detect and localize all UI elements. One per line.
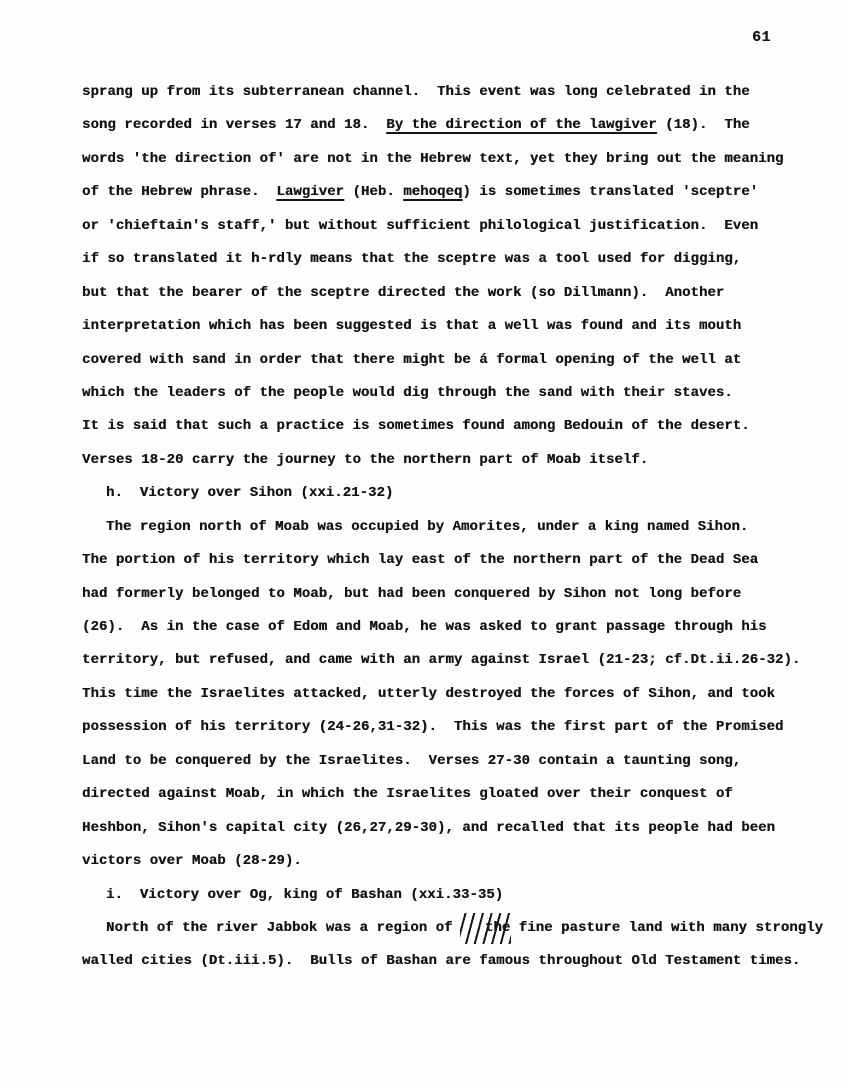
page-number: 61 (752, 29, 771, 46)
text-segment: The region north of Moab was occupied by… (106, 519, 748, 535)
text-segment: fine pasture land with many strongly (510, 920, 823, 936)
text-segment: North of the river Jabbok was a region o… (106, 920, 461, 936)
text-segment: interpretation which has been suggested … (82, 318, 741, 334)
text-line: sprang up from its subterranean channel.… (82, 76, 838, 109)
text-line: i. Victory over Og, king of Bashan (xxi.… (82, 879, 838, 912)
text-segment: of the Hebrew phrase. (82, 184, 276, 200)
text-segment: (26). As in the case of Edom and Moab, h… (82, 619, 767, 635)
document-text: sprang up from its subterranean channel.… (82, 76, 838, 979)
text-segment: but that the bearer of the sceptre direc… (82, 285, 724, 301)
text-line: possession of his territory (24-26,31-32… (82, 711, 838, 744)
text-line: covered with sand in order that there mi… (82, 344, 838, 377)
text-segment: directed against Moab, in which the Isra… (82, 786, 733, 802)
text-segment: Land to be conquered by the Israelites. … (82, 753, 741, 769)
text-line: walled cities (Dt.iii.5). Bulls of Basha… (82, 945, 838, 978)
text-line: This time the Israelites attacked, utter… (82, 678, 838, 711)
text-segment: if so translated it h-rdly means that th… (82, 251, 741, 267)
text-line: which the leaders of the people would di… (82, 377, 838, 410)
text-segment: territory, but refused, and came with an… (82, 652, 800, 668)
text-segment: (Heb. (344, 184, 403, 200)
struck-word: the (461, 912, 510, 945)
text-line: but that the bearer of the sceptre direc… (82, 277, 838, 310)
text-line: interpretation which has been suggested … (82, 310, 838, 343)
text-line: song recorded in verses 17 and 18. By th… (82, 109, 838, 142)
text-line: The region north of Moab was occupied by… (82, 511, 838, 544)
text-line: directed against Moab, in which the Isra… (82, 778, 838, 811)
text-segment: sprang up from its subterranean channel.… (82, 84, 750, 100)
text-segment: song recorded in verses 17 and 18. (82, 117, 386, 133)
underlined-phrase: By the direction of the lawgiver (386, 117, 656, 133)
text-line: North of the river Jabbok was a region o… (82, 912, 838, 945)
text-segment: Heshbon, Sihon's capital city (26,27,29-… (82, 820, 775, 836)
text-segment: words 'the direction of' are not in the … (82, 151, 783, 167)
text-segment: h. Victory over Sihon (xxi.21-32) (106, 485, 393, 501)
text-segment: Verses 18-20 carry the journey to the no… (82, 452, 648, 468)
text-segment: had formerly belonged to Moab, but had b… (82, 586, 741, 602)
text-segment: i. Victory over Og, king of Bashan (xxi.… (106, 887, 503, 903)
text-line: Verses 18-20 carry the journey to the no… (82, 444, 838, 477)
text-line: victors over Moab (28-29). (82, 845, 838, 878)
text-line: of the Hebrew phrase. Lawgiver (Heb. meh… (82, 176, 838, 209)
text-line: words 'the direction of' are not in the … (82, 143, 838, 176)
text-segment: covered with sand in order that there mi… (82, 352, 741, 368)
underlined-phrase: Lawgiver (276, 184, 344, 200)
text-segment: The portion of his territory which lay e… (82, 552, 758, 568)
text-line: territory, but refused, and came with an… (82, 644, 838, 677)
text-line: if so translated it h-rdly means that th… (82, 243, 838, 276)
text-line: h. Victory over Sihon (xxi.21-32) (82, 477, 838, 510)
text-line: The portion of his territory which lay e… (82, 544, 838, 577)
underlined-phrase: mehoqeq (403, 184, 462, 200)
text-segment: walled cities (Dt.iii.5). Bulls of Basha… (82, 953, 800, 969)
text-segment: which the leaders of the people would di… (82, 385, 733, 401)
text-line: Land to be conquered by the Israelites. … (82, 745, 838, 778)
text-segment: or 'chieftain's staff,' but without suff… (82, 218, 758, 234)
text-line: or 'chieftain's staff,' but without suff… (82, 210, 838, 243)
text-segment: ) is sometimes translated 'sceptre' (462, 184, 758, 200)
text-segment: It is said that such a practice is somet… (82, 418, 750, 434)
text-segment: This time the Israelites attacked, utter… (82, 686, 775, 702)
text-line: It is said that such a practice is somet… (82, 410, 838, 443)
scanned-page: 61 sprang up from its subterranean chann… (0, 0, 848, 1089)
text-line: Heshbon, Sihon's capital city (26,27,29-… (82, 812, 838, 845)
text-line: (26). As in the case of Edom and Moab, h… (82, 611, 838, 644)
text-line: had formerly belonged to Moab, but had b… (82, 578, 838, 611)
text-segment: (18). The (657, 117, 750, 133)
text-segment: possession of his territory (24-26,31-32… (82, 719, 783, 735)
text-segment: victors over Moab (28-29). (82, 853, 302, 869)
